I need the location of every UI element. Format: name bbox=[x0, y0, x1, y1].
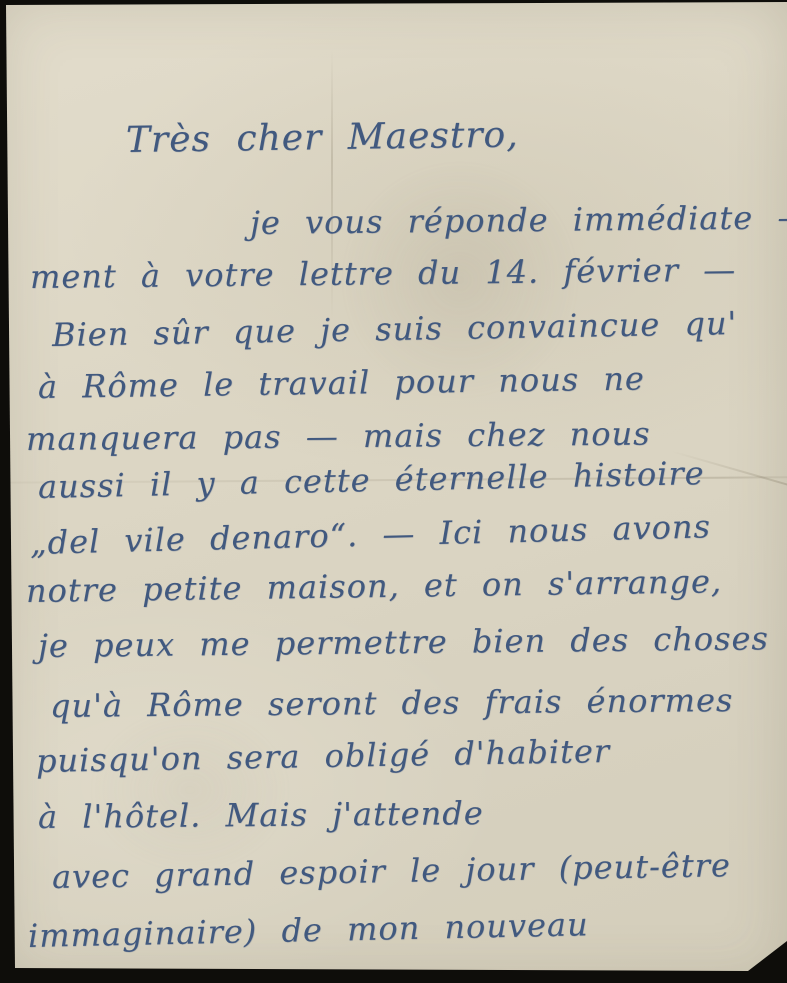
letter-line-salutation: Très cher Maestro, bbox=[126, 115, 519, 161]
letter-line: notre petite maison, et on s'arrange, bbox=[26, 562, 723, 610]
letter-line: manquera pas — mais chez nous bbox=[26, 415, 651, 458]
letter-line: „del vile denaro“. — Ici nous avons bbox=[30, 507, 712, 562]
letter-line: qu'à Rôme seront des frais énormes bbox=[50, 681, 734, 725]
letter-line: ment à votre lettre du 14. février — bbox=[30, 251, 737, 296]
letter-page: Très cher Maestro, je vous réponde imméd… bbox=[0, 0, 787, 983]
letter-line: avec grand espoir le jour (peut-être bbox=[52, 846, 732, 896]
letter-body: Très cher Maestro, je vous réponde imméd… bbox=[0, 0, 787, 983]
letter-line: aussi il y a cette éternelle histoire bbox=[38, 454, 705, 506]
letter-line: à Rôme le travail pour nous ne bbox=[38, 360, 645, 406]
letter-line: immaginaire) de mon nouveau bbox=[28, 905, 589, 955]
letter-line: je vous réponde immédiate — bbox=[250, 198, 787, 242]
letter-line: puisqu'on sera obligé d'habiter bbox=[36, 732, 611, 780]
scan-background: Très cher Maestro, je vous réponde imméd… bbox=[0, 0, 787, 983]
letter-line: je peux me permettre bien des choses bbox=[38, 619, 769, 665]
letter-line: à l'hôtel. Mais j'attende bbox=[38, 794, 484, 836]
letter-line: Bien sûr que je suis convaincue qu' bbox=[52, 304, 738, 354]
